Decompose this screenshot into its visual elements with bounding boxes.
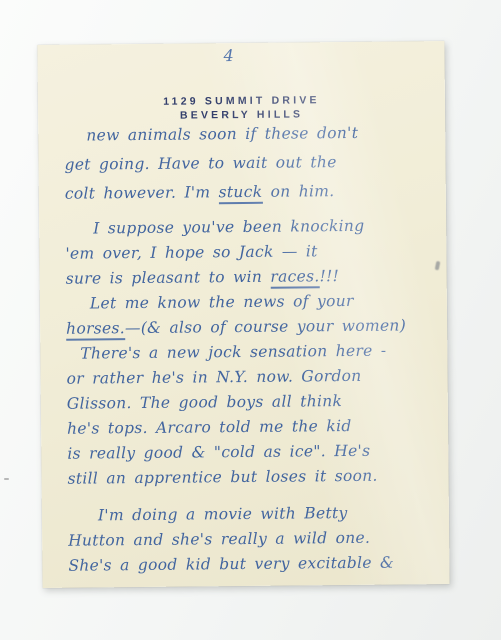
text-segment: is really good & "cold as ice". He's <box>67 442 370 463</box>
page-number: 4 <box>223 46 233 65</box>
text-segment: I suppose you've been knocking <box>93 217 364 238</box>
text-segment: sure is pleasant to win <box>66 268 271 288</box>
text-segment: There's a new jock sensation here - <box>80 342 386 363</box>
text-segment: Let me know the news of your <box>90 292 354 313</box>
letterhead: 1129 SUMMIT DRIVE BEVERLY HILLS <box>38 92 445 124</box>
handwritten-line: I'm doing a movie with Betty <box>68 503 443 532</box>
letter-body: new animals soon if these don'tget going… <box>64 123 443 582</box>
text-segment: Glisson. The good boys all think <box>67 392 343 413</box>
handwritten-line: new animals soon if these don't <box>64 123 439 152</box>
text-segment: colt however. I'm <box>65 183 219 202</box>
letterhead-city-line: BEVERLY HILLS <box>38 106 445 124</box>
text-segment: still an apprentice but loses it soon. <box>67 467 377 488</box>
text-segment: he's tops. Arcaro told me the kid <box>67 417 352 438</box>
text-segment: She's a good kid but very excitable & <box>68 554 394 575</box>
text-segment: or rather he's in N.Y. now. Gordon <box>67 367 362 388</box>
handwritten-line: Let me know the news of your <box>66 291 441 320</box>
handwritten-line: or rather he's in N.Y. now. Gordon <box>67 366 442 395</box>
background-speck <box>4 478 9 480</box>
underlined-text: races. <box>270 267 319 288</box>
text-segment: new animals soon if these don't <box>86 124 358 145</box>
handwritten-line: Glisson. The good boys all think <box>67 391 442 420</box>
handwritten-line: I suppose you've been knocking <box>65 216 440 245</box>
text-segment: I'm doing a movie with Betty <box>98 504 348 524</box>
handwritten-line: There's a new jock sensation here - <box>66 341 441 370</box>
handwritten-line: still an apprentice but loses it soon. <box>67 466 442 495</box>
handwritten-line: he's tops. Arcaro told me the kid <box>67 416 442 445</box>
handwritten-line: horses.—(& also of course your women) <box>66 316 441 345</box>
handwritten-line: is really good & "cold as ice". He's <box>67 441 442 470</box>
text-segment: !!! <box>319 267 339 285</box>
text-segment: on him. <box>262 182 334 201</box>
handwritten-line: sure is pleasant to win races.!!! <box>66 266 441 295</box>
handwritten-line: get going. Have to wait out the <box>64 152 439 181</box>
handwritten-line: 'em over, I hope so Jack — it <box>65 241 440 270</box>
text-segment: get going. Have to wait out the <box>64 153 336 174</box>
text-segment: 'em over, I hope so Jack — it <box>65 242 317 262</box>
letter-page: 4 1129 SUMMIT DRIVE BEVERLY HILLS new an… <box>37 41 449 588</box>
handwritten-line: She's a good kid but very excitable & <box>68 553 443 582</box>
handwritten-line: Hutton and she's really a wild one. <box>68 528 443 557</box>
handwritten-line: colt however. I'm stuck on him. <box>65 181 440 210</box>
underlined-text: horses. <box>66 319 125 341</box>
underlined-text: stuck <box>219 183 263 204</box>
letter-scan: 4 1129 SUMMIT DRIVE BEVERLY HILLS new an… <box>0 0 501 640</box>
text-segment: —(& also of course your women) <box>125 316 406 337</box>
text-segment: Hutton and she's really a wild one. <box>68 529 370 550</box>
